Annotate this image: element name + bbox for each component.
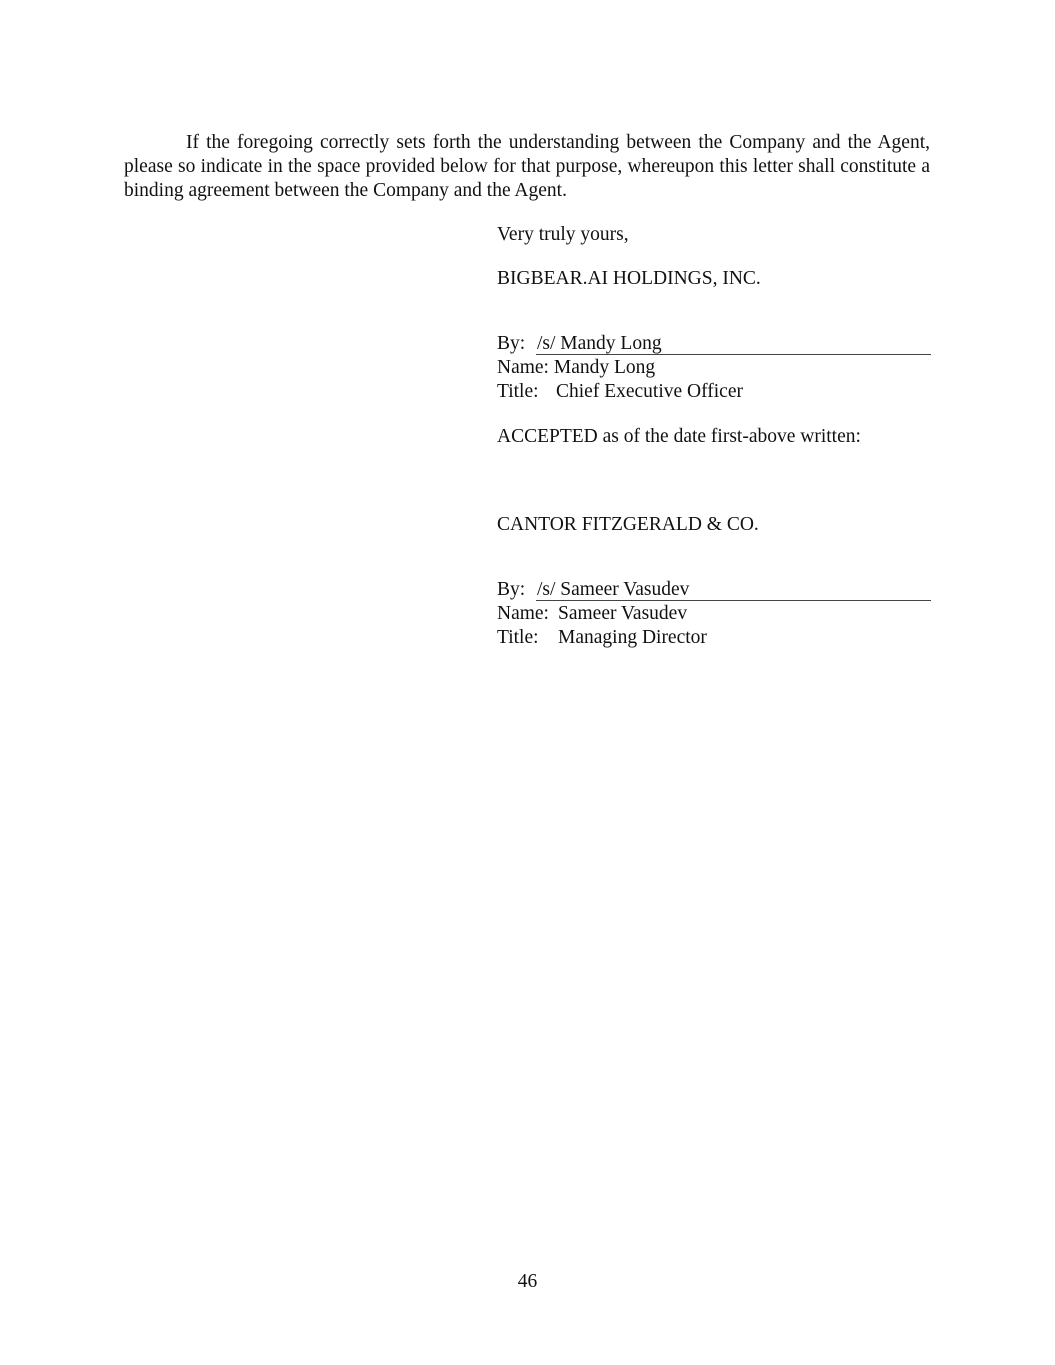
company-entity-name: BIGBEAR.AI HOLDINGS, INC. bbox=[497, 267, 761, 291]
company-signatory-title-row: Title:Chief Executive Officer bbox=[497, 380, 743, 404]
agent-by-label: By: bbox=[497, 578, 525, 602]
agent-signatory-title-row: Title:Managing Director bbox=[497, 626, 707, 650]
company-by-label: By: bbox=[497, 332, 525, 356]
closing-paragraph: If the foregoing correctly sets forth th… bbox=[124, 131, 930, 203]
company-signatory-name-row: Name: Mandy Long bbox=[497, 356, 655, 380]
company-signatory-title: Chief Executive Officer bbox=[556, 381, 743, 402]
agent-signature-line: By: /s/ Sameer Vasudev bbox=[497, 578, 931, 602]
agent-entity-name: CANTOR FITZGERALD & CO. bbox=[497, 513, 759, 537]
agent-name-label: Name: bbox=[497, 602, 558, 626]
agent-signatory-name: Sameer Vasudev bbox=[558, 603, 687, 624]
company-signature: /s/ Mandy Long bbox=[537, 332, 662, 356]
company-signature-line: By: /s/ Mandy Long bbox=[497, 332, 931, 356]
closing-salutation: Very truly yours, bbox=[497, 223, 629, 247]
page-number: 46 bbox=[0, 1270, 1055, 1294]
agent-signatory-title: Managing Director bbox=[558, 627, 707, 648]
company-title-label: Title: bbox=[497, 380, 556, 404]
agent-signatory-name-row: Name:Sameer Vasudev bbox=[497, 602, 687, 626]
agent-signature: /s/ Sameer Vasudev bbox=[537, 578, 689, 602]
acceptance-statement: ACCEPTED as of the date first-above writ… bbox=[497, 425, 861, 449]
company-signatory-name: Mandy Long bbox=[554, 357, 655, 378]
agent-title-label: Title: bbox=[497, 626, 558, 650]
company-name-label: Name: bbox=[497, 356, 549, 380]
